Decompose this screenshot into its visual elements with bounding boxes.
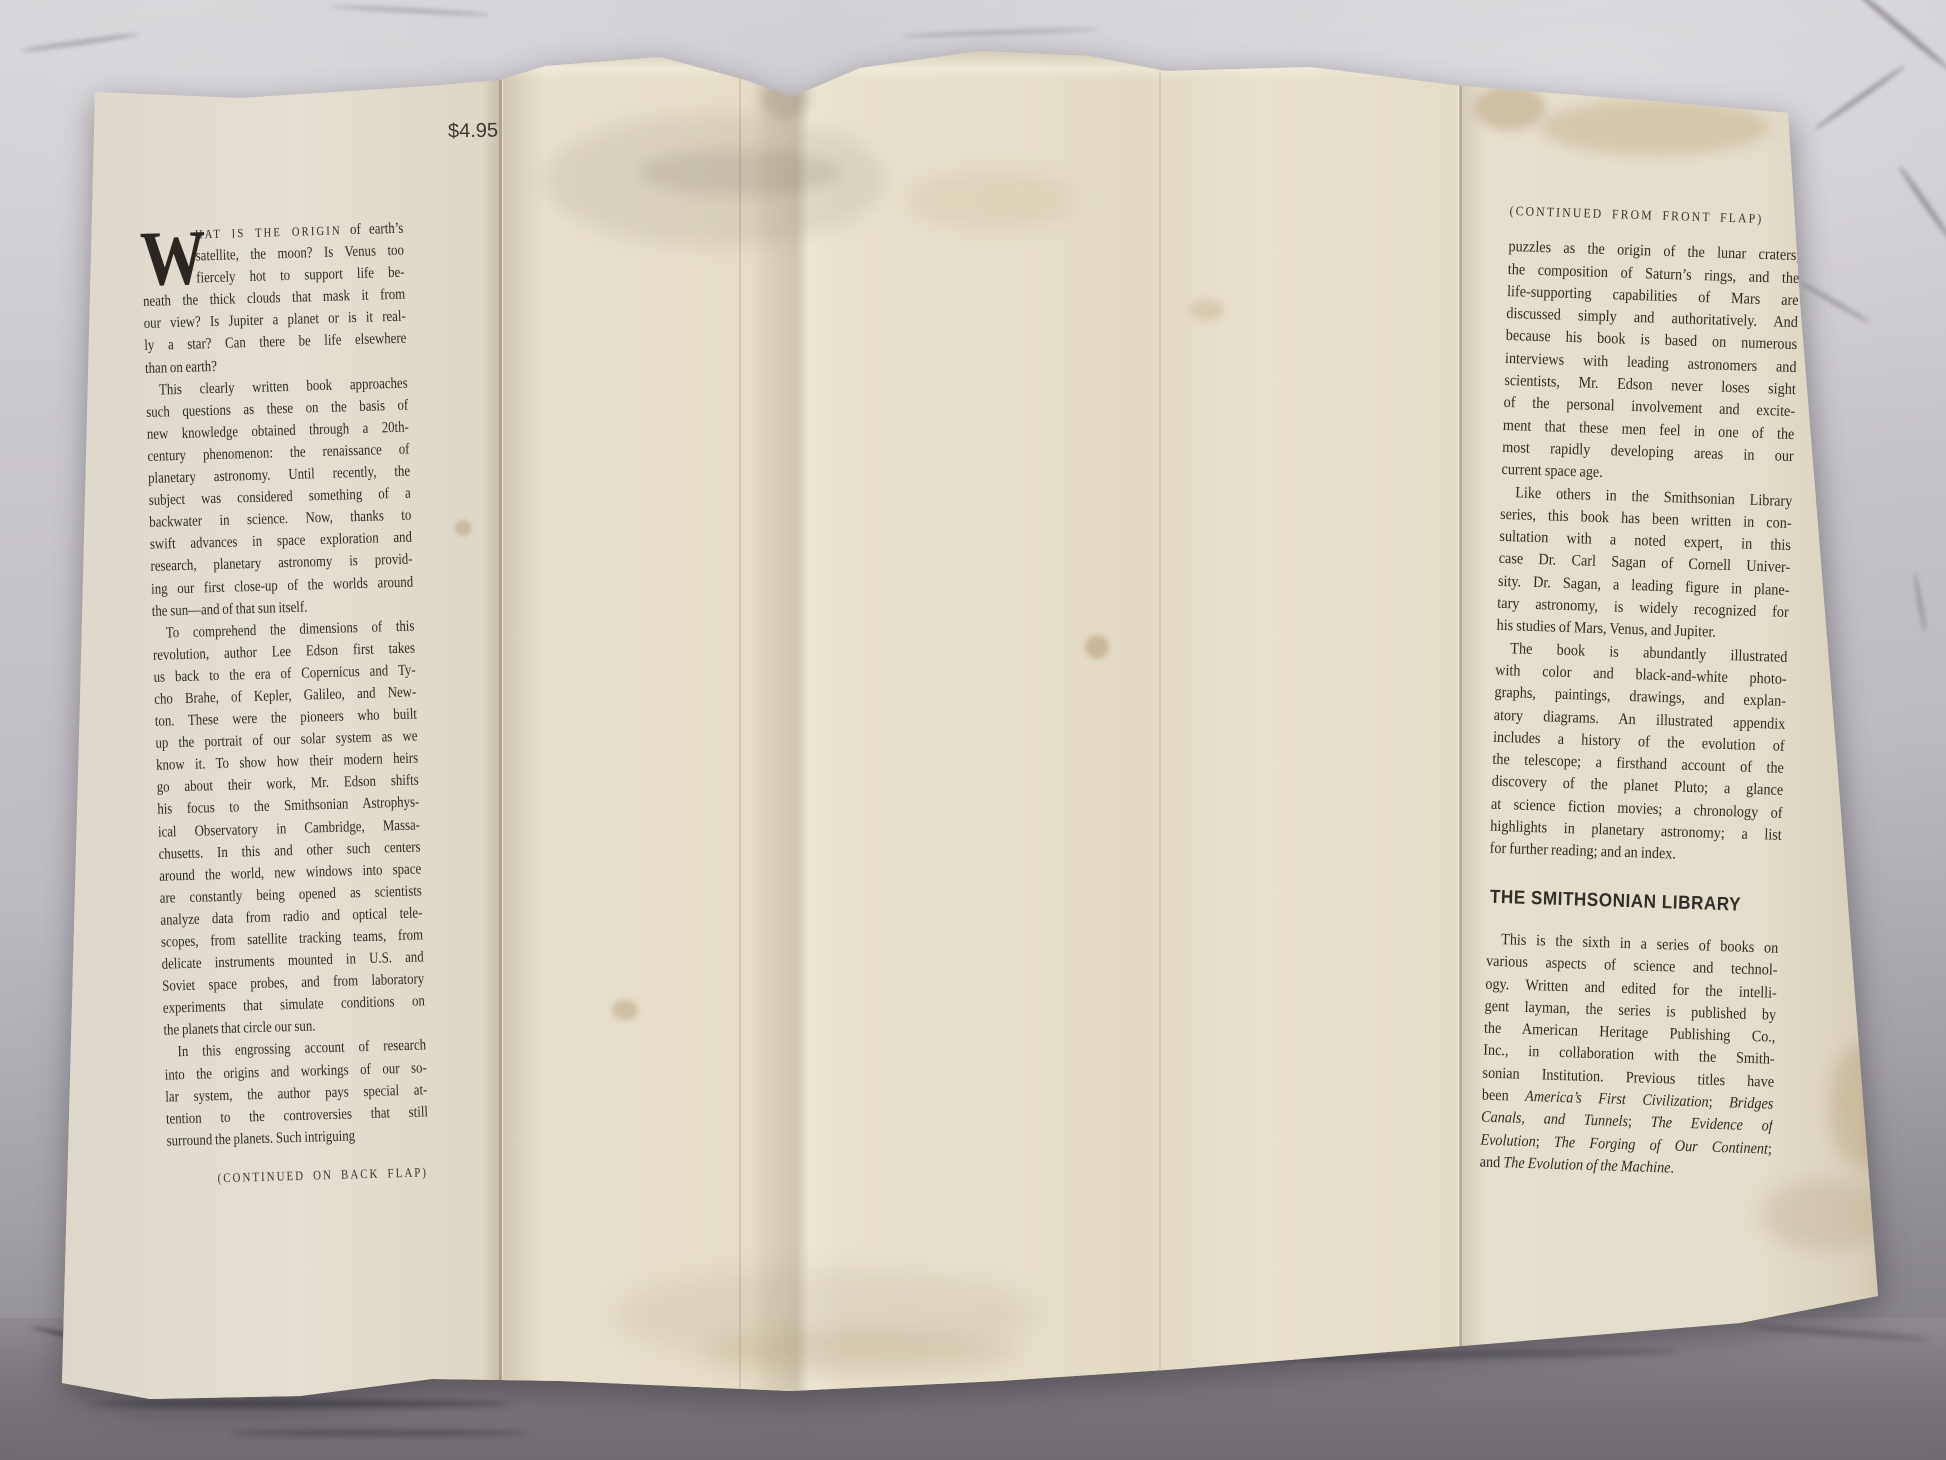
- fold-line-front-flap: [499, 40, 502, 1405]
- paragraph: In this engrossing account of researchin…: [164, 1035, 429, 1153]
- back-flap-text: (CONTINUED FROM FRONT FLAP) puzzles as t…: [1479, 200, 1801, 1183]
- foxing-stain: [455, 520, 471, 536]
- foxing-stain: [1540, 100, 1770, 155]
- jacket-inside-panel: [500, 40, 1460, 1405]
- back-flap-series-paragraphs: This is the sixth in a series of books o…: [1479, 929, 1778, 1183]
- jacket-paper: $4.95 WHAT IS THE ORIGIN of earth’ssatel…: [55, 40, 1890, 1405]
- fold-line-back-flap: [1459, 40, 1462, 1405]
- mortar-streak: [1897, 164, 1946, 241]
- section-heading: THE SMITHSONIAN LIBRARY: [1490, 886, 1780, 917]
- mortar-streak: [900, 27, 1100, 39]
- photo-of-open-book-jacket: { "colors": { "paper": "#e6dfc9", "ink":…: [0, 0, 1946, 1460]
- drop-cap: W: [139, 228, 206, 288]
- price-label: $4.95: [448, 120, 498, 144]
- foxing-stain: [1760, 1180, 1890, 1250]
- foxing-stain: [1475, 85, 1545, 130]
- foxing-stain: [1840, 430, 1895, 600]
- foxing-stain: [905, 170, 1075, 230]
- spine-top-shadow: [760, 75, 810, 120]
- book-jacket: $4.95 WHAT IS THE ORIGIN of earth’ssatel…: [55, 40, 1890, 1405]
- foxing-stain: [612, 1000, 638, 1020]
- fold-line-cover-edge: [739, 40, 741, 1405]
- paragraph: This clearly written book approachessuch…: [145, 372, 414, 622]
- paragraph: To comprehend the dimensions of thisrevo…: [152, 615, 426, 1042]
- back-flap-paragraphs: puzzles as the origin of the lunar crate…: [1489, 236, 1800, 869]
- mortar-streak: [1912, 573, 1927, 633]
- mortar-streak: [330, 4, 490, 17]
- paragraph: puzzles as the origin of the lunar crate…: [1501, 236, 1800, 490]
- paragraph: This is the sixth in a series of books o…: [1479, 929, 1778, 1183]
- foxing-stain: [1085, 635, 1109, 659]
- top-edge-curl-shadow: [500, 50, 1460, 80]
- front-flap-paragraphs: WHAT IS THE ORIGIN of earth’ssatellite, …: [141, 218, 429, 1153]
- paragraph: Like others in the Smithsonian Libraryse…: [1496, 481, 1792, 646]
- spine-crease: [760, 40, 840, 1405]
- paragraph: WHAT IS THE ORIGIN of earth’ssatellite, …: [141, 218, 407, 380]
- fabric-streak: [230, 1430, 530, 1436]
- ghost-print-smudge: [640, 150, 840, 195]
- fold-line-inner: [1159, 40, 1161, 1405]
- page-bottom-shadow: [615, 1270, 1035, 1360]
- paragraph: The book is abundantly illustratedwith c…: [1489, 637, 1787, 869]
- front-flap-text: WHAT IS THE ORIGIN of earth’ssatellite, …: [141, 218, 430, 1191]
- foxing-stain: [1190, 300, 1224, 320]
